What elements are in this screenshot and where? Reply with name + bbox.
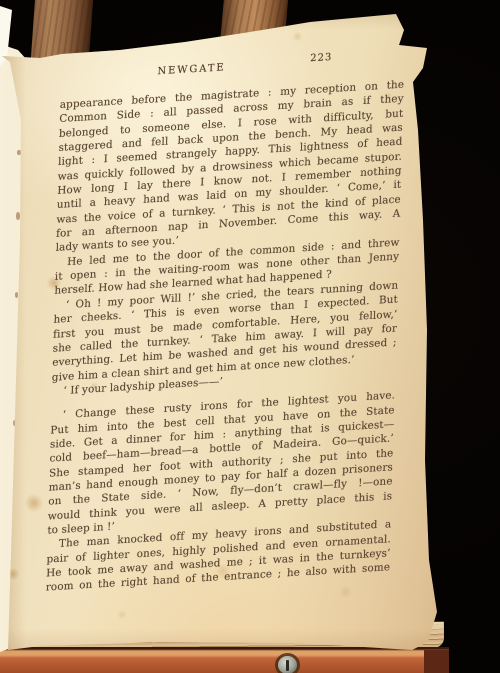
page-text-body: appearance before the magistrate : my re… [46, 78, 405, 596]
easel-ledge [0, 647, 449, 673]
foxing-spot [338, 586, 353, 598]
foxing-spot [24, 494, 44, 512]
page-number: 223 [310, 51, 332, 67]
ledge-screw [278, 656, 297, 673]
page-text: NEWGATE 223 appearance before the magist… [46, 78, 405, 596]
deckle-spot [15, 292, 18, 298]
page-header-title: NEWGATE [157, 61, 226, 79]
deckle-spot [17, 150, 21, 155]
easel-post [424, 650, 449, 673]
paragraph: ‘ Change these rusty irons for the light… [47, 389, 395, 538]
paragraph: appearance before the magistrate : my re… [55, 78, 404, 256]
screw-slot [286, 660, 289, 671]
deckle-spot [16, 212, 20, 220]
book-photo: NEWGATE 223 appearance before the magist… [0, 0, 500, 673]
foxing-spot [292, 32, 303, 41]
foxing-spot [116, 610, 128, 619]
